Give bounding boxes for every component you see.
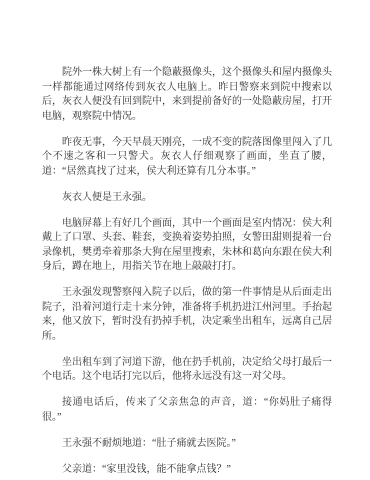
paragraph-9: 父亲道：“家里没钱，能不能拿点钱？” <box>42 463 332 478</box>
paragraph-2: 昨夜无事，今天早晨天刚亮，一成不变的院落图像里闯入了几个不速之客和一只警犬。灰衣… <box>42 136 332 180</box>
ebook-reader-page: 院外一株大树上有一个隐蔽摄像头，这个摄像头和屋内摄像头一样都能通过网络传到灰衣人… <box>0 0 370 480</box>
paragraph-1: 院外一株大树上有一个隐蔽摄像头，这个摄像头和屋内摄像头一样都能通过网络传到灰衣人… <box>42 66 332 124</box>
paragraph-5: 王永强发现警察闯入院子以后，做的第一件事情是从后面走出院子，沿着河道行走十来分钟… <box>42 286 332 344</box>
novel-text-body: 院外一株大树上有一个隐蔽摄像头，这个摄像头和屋内摄像头一样都能通过网络传到灰衣人… <box>42 66 332 477</box>
paragraph-8: 王永强不耐烦地道：“肚子痛就去医院。” <box>42 437 332 452</box>
paragraph-3: 灰衣人便是王永强。 <box>42 191 332 206</box>
paragraph-7: 接通电话后，传来了父亲焦急的声音，道：“你妈肚子痛得很。” <box>42 396 332 425</box>
paragraph-4: 电脑屏幕上有好几个画面，其中一个画面是室内情况：侯大利戴上了口罩、头套、鞋套，变… <box>42 217 332 275</box>
paragraph-6: 坐出租车到了河道下游，他在扔手机前，决定给父母打最后一个电话。这个电话打完以后，… <box>42 356 332 385</box>
